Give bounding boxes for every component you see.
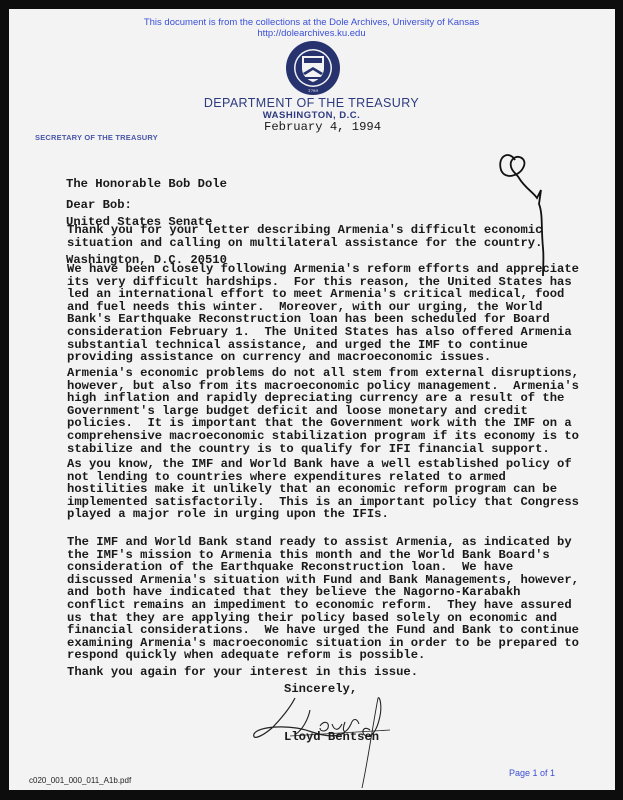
recipient-line: The Honorable Bob Dole — [66, 178, 227, 191]
handwritten-margin-mark-icon — [495, 148, 575, 278]
body-paragraph: Armenia's economic problems do not all s… — [67, 367, 579, 455]
body-paragraph: The IMF and World Bank stand ready to as… — [67, 536, 579, 662]
archive-url-link[interactable]: http://dolearchives.ku.edu — [0, 28, 623, 39]
letter-date: February 4, 1994 — [264, 121, 381, 134]
salutation: Dear Bob: — [66, 199, 132, 212]
treasury-seal-icon: 1789 — [285, 40, 341, 96]
archive-notice: This document is from the collections at… — [0, 17, 623, 28]
recipient-address: The Honorable Bob Dole United States Sen… — [66, 153, 227, 279]
file-name: c020_001_000_011_A1b.pdf — [29, 776, 131, 785]
body-paragraph: Thank you again for your interest in thi… — [67, 666, 418, 679]
body-paragraph: As you know, the IMF and World Bank have… — [67, 458, 579, 521]
svg-text:1789: 1789 — [308, 88, 319, 93]
department-name: DEPARTMENT OF THE TREASURY — [0, 96, 623, 110]
page-indicator: Page 1 of 1 — [509, 768, 555, 778]
body-paragraph: We have been closely following Armenia's… — [67, 263, 579, 364]
office-title: SECRETARY OF THE TREASURY — [35, 133, 158, 142]
signer-name: Lloyd Bentsen — [284, 731, 379, 744]
body-paragraph: Thank you for your letter describing Arm… — [67, 224, 542, 249]
